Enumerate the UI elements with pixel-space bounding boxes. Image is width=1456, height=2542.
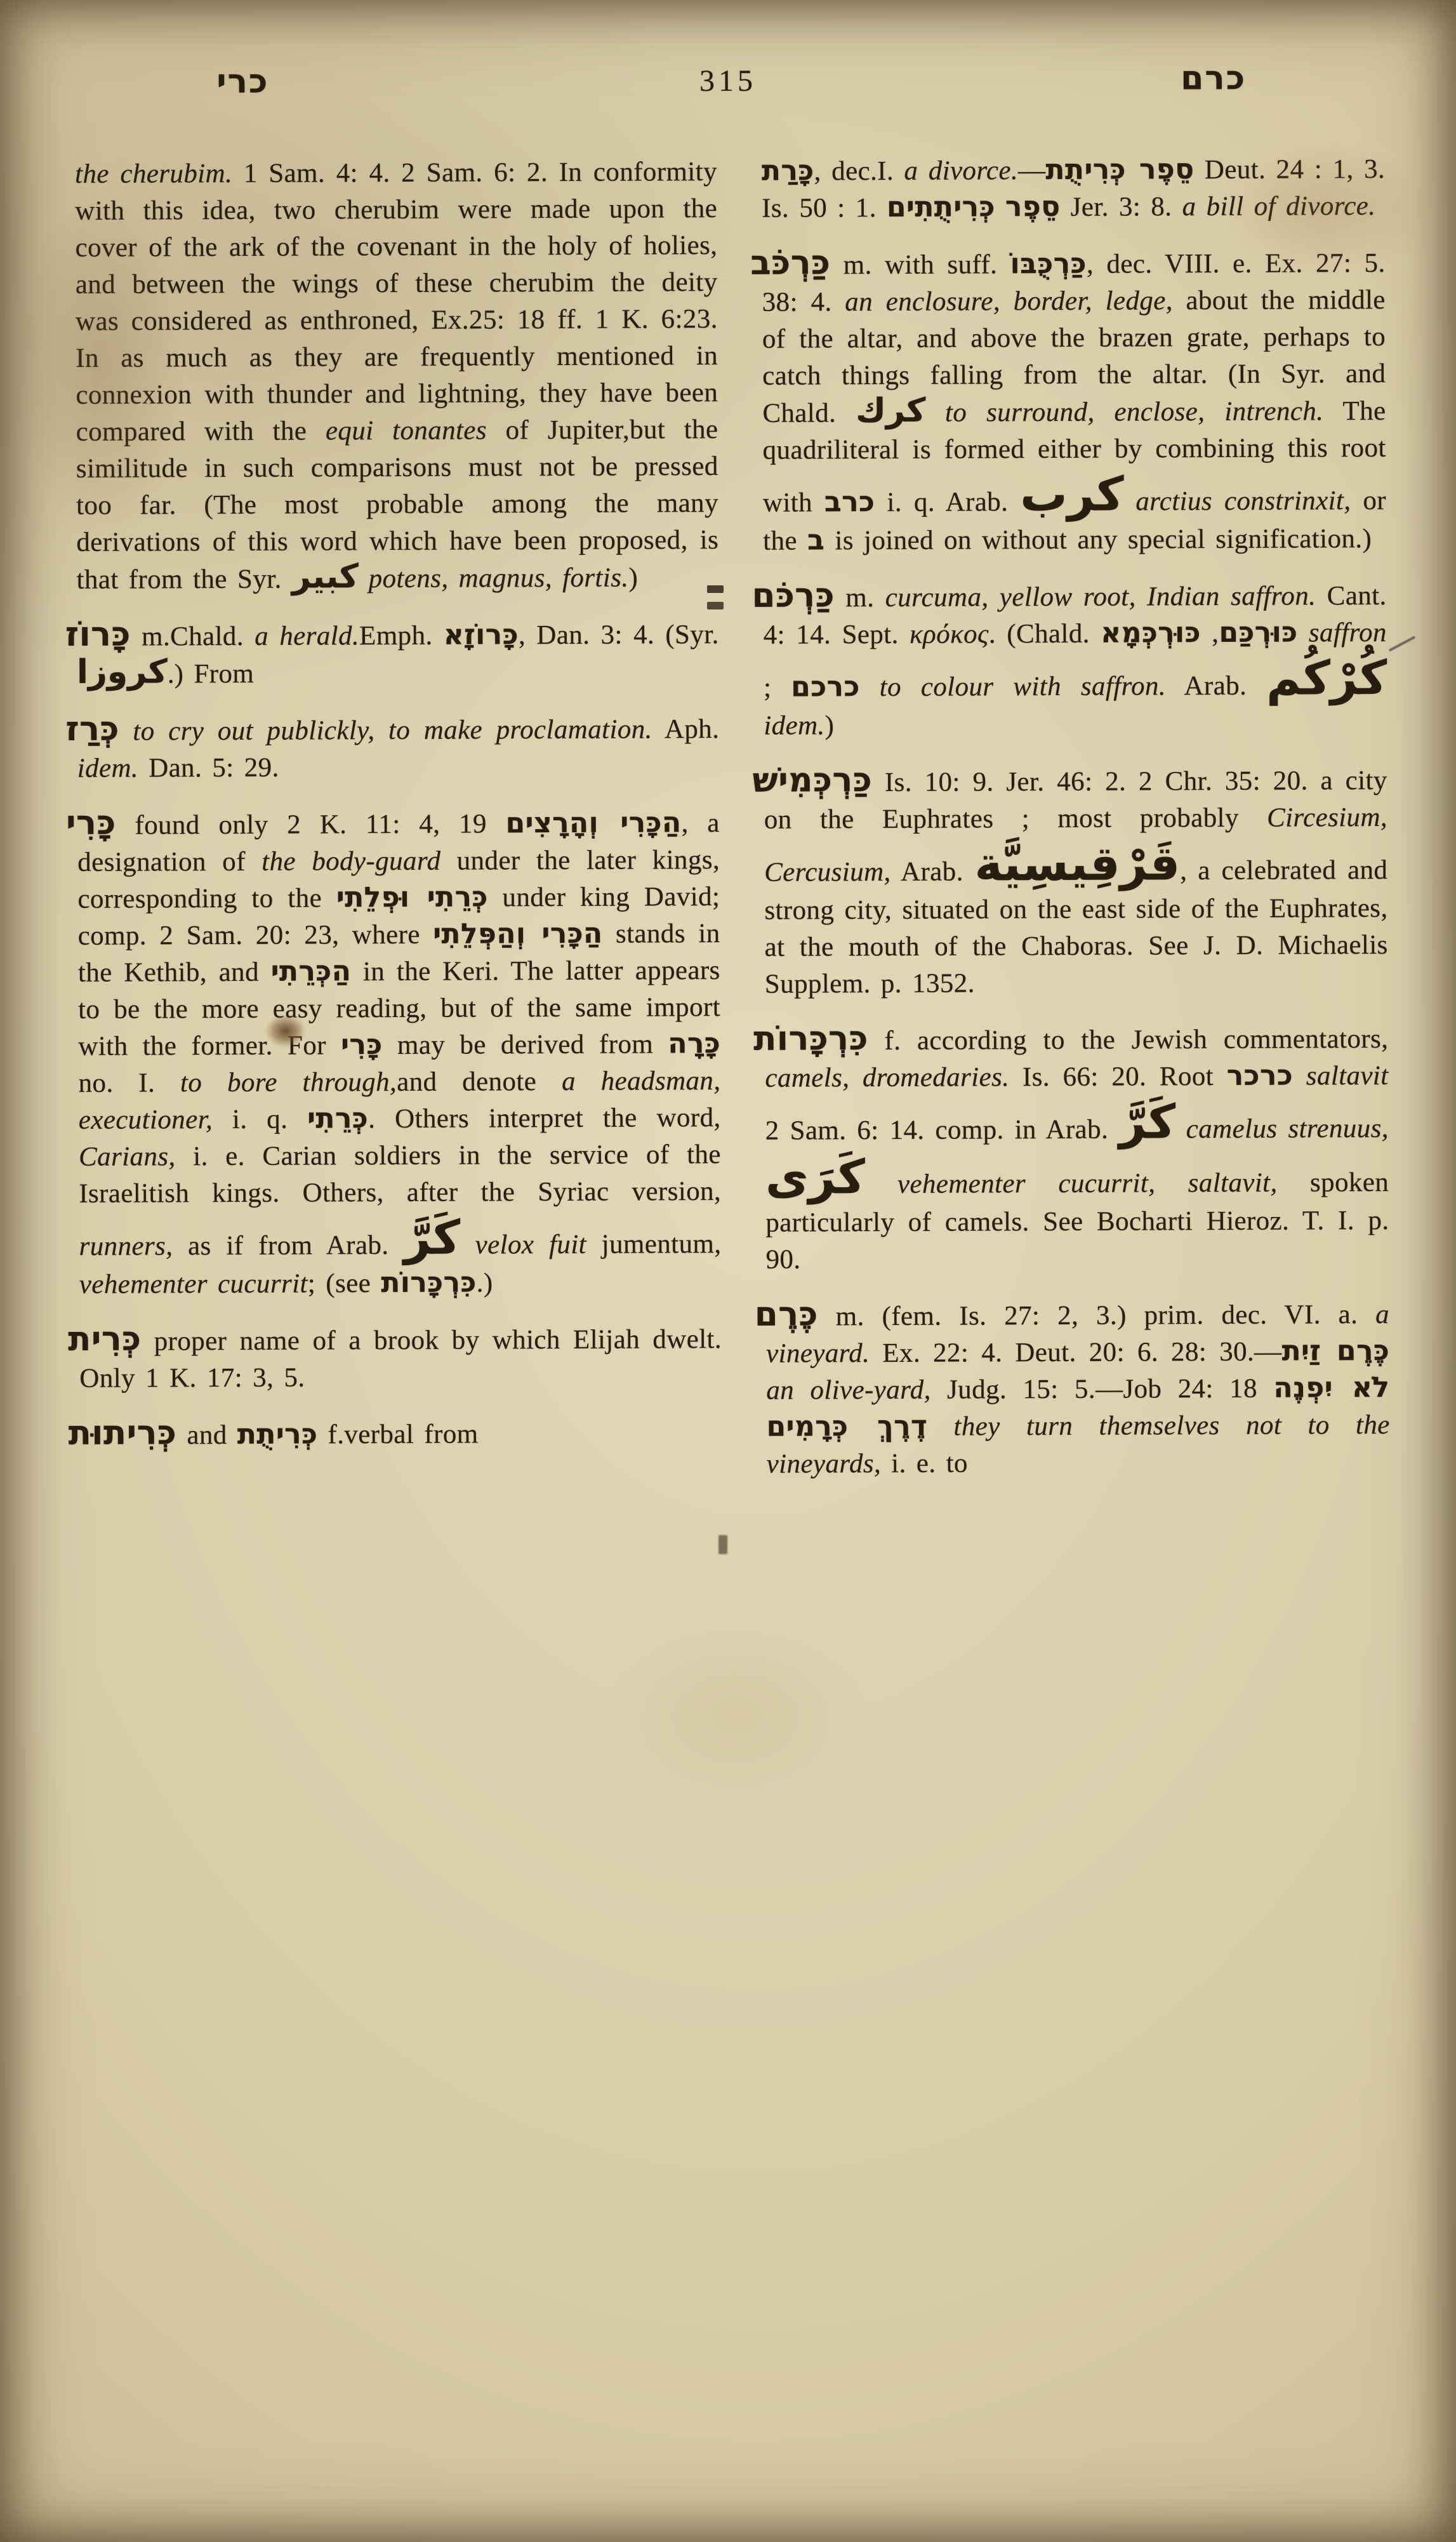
text-segment: Dan. 5: 29.	[138, 753, 279, 783]
syriac-word-potens: كبير	[292, 557, 359, 596]
text-segment: velox fuit	[475, 1230, 587, 1260]
text-segment: runners,	[79, 1231, 173, 1261]
headword-kerith: כְּרִית	[68, 1320, 142, 1359]
text-segment: , dec.I.	[814, 156, 904, 187]
text-segment: to bore through,	[180, 1067, 397, 1098]
arabic-word-kurkum: كُرْكُم	[1266, 651, 1387, 706]
headword-karoz: כָּרוֹז	[65, 615, 131, 654]
text-segment: סֵפֶר כְּרִיתֻת	[1045, 153, 1194, 186]
text-segment: equi tonantes	[326, 415, 487, 446]
text-segment: i. q.	[213, 1105, 307, 1135]
arabic-word-karra: كَرَّ	[404, 1211, 460, 1265]
text-segment	[1124, 487, 1136, 517]
entry-kerithuth: כְּרִיתוּת and כְּרִיתֻת f.verbal from	[80, 1414, 722, 1454]
text-segment: the cherubim.	[75, 159, 232, 189]
text-segment: Ex. 22: 4. Deut. 20: 6. 28: 30.—	[870, 1337, 1281, 1368]
text-segment: הַכָּרִי וְהָרָצִים	[505, 806, 681, 839]
headword-kari: כָּרִי	[66, 804, 116, 842]
paper-stain-top-right	[1219, 140, 1428, 279]
text-segment: כָּרוֹזָא	[444, 618, 519, 651]
text-segment: κρόκος	[910, 620, 989, 649]
text-segment: סֵפֶר	[1005, 190, 1061, 223]
text-segment: found only 2 K. 11: 4, 19	[116, 809, 506, 840]
text-segment: 2 Sam. 6: 14. comp. in Arab.	[765, 1115, 1120, 1146]
gutter-bleed-mark	[707, 585, 724, 593]
text-segment: .) From	[168, 659, 255, 689]
entry-kari: כָּרִי found only 2 K. 11: 4, 19 הַכָּרִ…	[77, 804, 722, 1303]
headword-kerem: כֶּרֶם	[755, 1295, 818, 1334]
text-columns: the cherubim. 1 Sam. 4: 4. 2 Sam. 6: 2. …	[63, 151, 1390, 1486]
text-segment: vehementer cucurrit	[79, 1269, 308, 1300]
text-segment: camels, dromedaries.	[765, 1063, 1009, 1093]
entry-kerith: כְּרִית proper name of a brook by which …	[79, 1320, 722, 1397]
text-segment: כּוּרְכְּמָא	[1101, 616, 1201, 649]
text-segment: כָּרִי	[341, 1028, 383, 1061]
text-segment: an olive-yard,	[766, 1375, 931, 1406]
text-segment: proper name of a brook by which Elijah d…	[79, 1324, 722, 1394]
text-segment: curcuma, yellow root, Indian saffron.	[885, 582, 1316, 613]
text-segment: to cry out publickly, to make proclamati…	[133, 714, 652, 746]
arabic-word-karra-2: كَرَّ	[1119, 1095, 1175, 1150]
right-column: כָּרַת, dec.I. a divorce.—סֵפֶר כְּרִיתֻ…	[749, 151, 1390, 1483]
text-segment	[995, 192, 1005, 222]
text-segment	[119, 717, 133, 747]
text-segment: m.	[835, 583, 885, 613]
text-segment	[1297, 618, 1309, 648]
text-segment: , Dan. 3: 4. (Syr.	[519, 620, 719, 650]
text-segment: potens, magnus, fortis.	[369, 563, 629, 594]
arabic-word-karab: كرب	[1020, 467, 1124, 522]
text-segment: m. (fem. Is. 27: 2, 3.) prim. dec. VI. a…	[818, 1300, 1375, 1332]
text-segment: to colour with saffron.	[880, 671, 1167, 702]
text-segment: idem.	[77, 754, 139, 783]
text-segment	[460, 1230, 475, 1260]
header-page-number: 315	[699, 64, 757, 98]
text-segment: camelus strenuus,	[1186, 1114, 1389, 1144]
pen-mark-artifact	[1389, 635, 1415, 651]
text-segment: vehementer cucurrit, saltavit,	[897, 1168, 1278, 1199]
header-right-keyword: כרם	[1181, 59, 1246, 97]
ink-blot-stain	[265, 1015, 306, 1048]
text-segment: כּוּרְכַּם	[1219, 616, 1297, 649]
text-segment: an enclosure, border, ledge,	[845, 286, 1173, 317]
text-segment: no. I.	[79, 1068, 181, 1098]
text-segment: )	[628, 563, 638, 593]
text-segment	[927, 1412, 953, 1442]
text-segment: כְּרִיתֻתִים	[887, 190, 995, 223]
text-segment: Carians,	[79, 1141, 176, 1172]
text-segment: the body-guard	[261, 846, 440, 877]
paper-stain-left-margin	[19, 190, 184, 546]
headword-kerithuth: כְּרִיתוּת	[69, 1413, 177, 1453]
text-segment: i. e. to	[881, 1449, 968, 1479]
entry-kirkaroth: כִּרְכָּרוֹת f. according to the Jewish …	[765, 1020, 1389, 1279]
text-segment: m.Chald.	[131, 622, 255, 652]
entry-karkemish: כַּרְכְּמִישׁ Is. 10: 9. Jer. 46: 2. 2 C…	[764, 761, 1389, 1003]
text-segment: a herald.	[255, 621, 359, 651]
gutter-bleed-mark	[718, 1535, 727, 1554]
paper-stain-center	[603, 1619, 870, 1809]
text-segment: . Others interpret the word,	[368, 1103, 721, 1134]
text-segment: and denote	[397, 1067, 562, 1097]
text-segment: may be derived from	[383, 1029, 668, 1060]
text-segment: הַכְּרֵתִי	[271, 955, 352, 987]
text-segment: —	[1018, 156, 1046, 185]
text-segment: כרב	[824, 486, 875, 518]
text-segment: a divorce.	[904, 156, 1018, 186]
entry-kerem: כֶּרֶם m. (fem. Is. 27: 2, 3.) prim. dec…	[766, 1295, 1390, 1483]
text-segment: Aph.	[652, 714, 720, 744]
entry-karkom: כַּרְכֹּם m. curcuma, yellow root, India…	[763, 576, 1387, 745]
text-segment	[860, 672, 880, 702]
text-segment: m. with suff.	[830, 250, 1010, 280]
text-segment	[865, 1169, 897, 1199]
text-segment: Arab.	[891, 857, 975, 888]
text-segment: כָּרָה	[668, 1027, 720, 1060]
running-header: כרי 315 כרם	[0, 58, 1456, 102]
text-segment: Arab.	[1166, 671, 1266, 702]
text-segment: jumentum,	[586, 1229, 722, 1260]
text-segment: arctius constrinxit,	[1135, 486, 1351, 516]
entry-karkob: כַּרְכֹּב m. with suff. כַּרְכֻּבּוֹ, de…	[762, 244, 1386, 560]
headword-karkob: כַּרְכֹּב	[750, 243, 830, 282]
header-left-keyword: כרי	[216, 63, 268, 101]
text-segment: saffron	[1309, 618, 1387, 648]
text-segment	[359, 564, 369, 594]
headword-kirkaroth: כִּרְכָּרוֹת	[753, 1019, 868, 1058]
text-segment: כרכם	[791, 670, 860, 703]
headword-keraz: כְּרַז	[65, 710, 119, 749]
text-segment: ; (see	[308, 1268, 381, 1298]
text-segment: כַּרְכֻּבּוֹ	[1010, 248, 1087, 280]
text-segment: ב	[807, 524, 824, 556]
text-segment: as if from Arab.	[173, 1230, 404, 1261]
arabic-word-qarqisiyya: قَرْقِيسِيَّة	[974, 836, 1180, 891]
text-segment: .)	[477, 1268, 493, 1298]
text-segment: כָּרַת	[762, 154, 814, 187]
text-segment: ,	[1201, 618, 1219, 648]
text-segment: and	[176, 1420, 237, 1450]
text-segment: i. q. Arab.	[875, 487, 1020, 517]
text-segment: Jer. 3: 8.	[1060, 192, 1182, 222]
headword-karkom: כַּרְכֹּם	[751, 576, 835, 615]
text-segment	[1293, 1061, 1306, 1091]
entry-keraz: כְּרַז to cry out publickly, to make pro…	[77, 710, 719, 787]
text-segment	[925, 398, 945, 428]
lexicon-page-scan: כרי 315 כרם the cherubim. 1 Sam. 4: 4. 2…	[0, 0, 1456, 2542]
syriac-word-karoza: كروزا	[77, 653, 168, 691]
text-segment: saltavit	[1306, 1061, 1389, 1091]
text-segment: כְּרֵתִי	[307, 1102, 368, 1135]
entry-karoz: כָּרוֹז m.Chald. a herald.Emph. כָּרוֹזָ…	[77, 615, 719, 693]
text-segment: to surround, enclose, intrench.	[945, 396, 1324, 427]
text-segment: כרכר	[1227, 1060, 1294, 1092]
text-segment: ;	[764, 673, 791, 703]
text-segment: i. e. Carian soldiers in the service of …	[79, 1140, 721, 1209]
text-segment: is joined on without any special signifi…	[824, 524, 1372, 556]
text-segment: Emph.	[359, 621, 444, 651]
text-segment: הַכָּרִי וְהַפְּלֵתִי	[433, 917, 603, 950]
syriac-word-krak: كرك	[856, 392, 925, 430]
text-segment: כִּרְכָּרוֹת	[381, 1267, 477, 1300]
text-segment: Is. 66: 20. Root	[1009, 1061, 1227, 1092]
text-segment: כֶּרֶם זַיִת	[1281, 1334, 1389, 1367]
text-segment: f. according to the Jewish commentators,	[868, 1024, 1389, 1056]
text-segment: . (Chald.	[989, 619, 1101, 649]
text-segment: כְּרִיתֻת	[237, 1418, 318, 1451]
text-segment: Judg. 15: 5.—Job 24: 18	[931, 1374, 1274, 1405]
text-segment: idem.	[764, 711, 825, 741]
text-segment: כְּרֵתִי וּפְלֵתִי	[336, 881, 488, 914]
text-segment	[1175, 1115, 1186, 1145]
text-segment: f.verbal from	[317, 1420, 478, 1450]
headword-karkemish: כַּרְכְּמִישׁ	[752, 761, 872, 800]
text-segment: )	[825, 711, 835, 741]
arabic-word-kara: كَرَى	[765, 1150, 865, 1206]
